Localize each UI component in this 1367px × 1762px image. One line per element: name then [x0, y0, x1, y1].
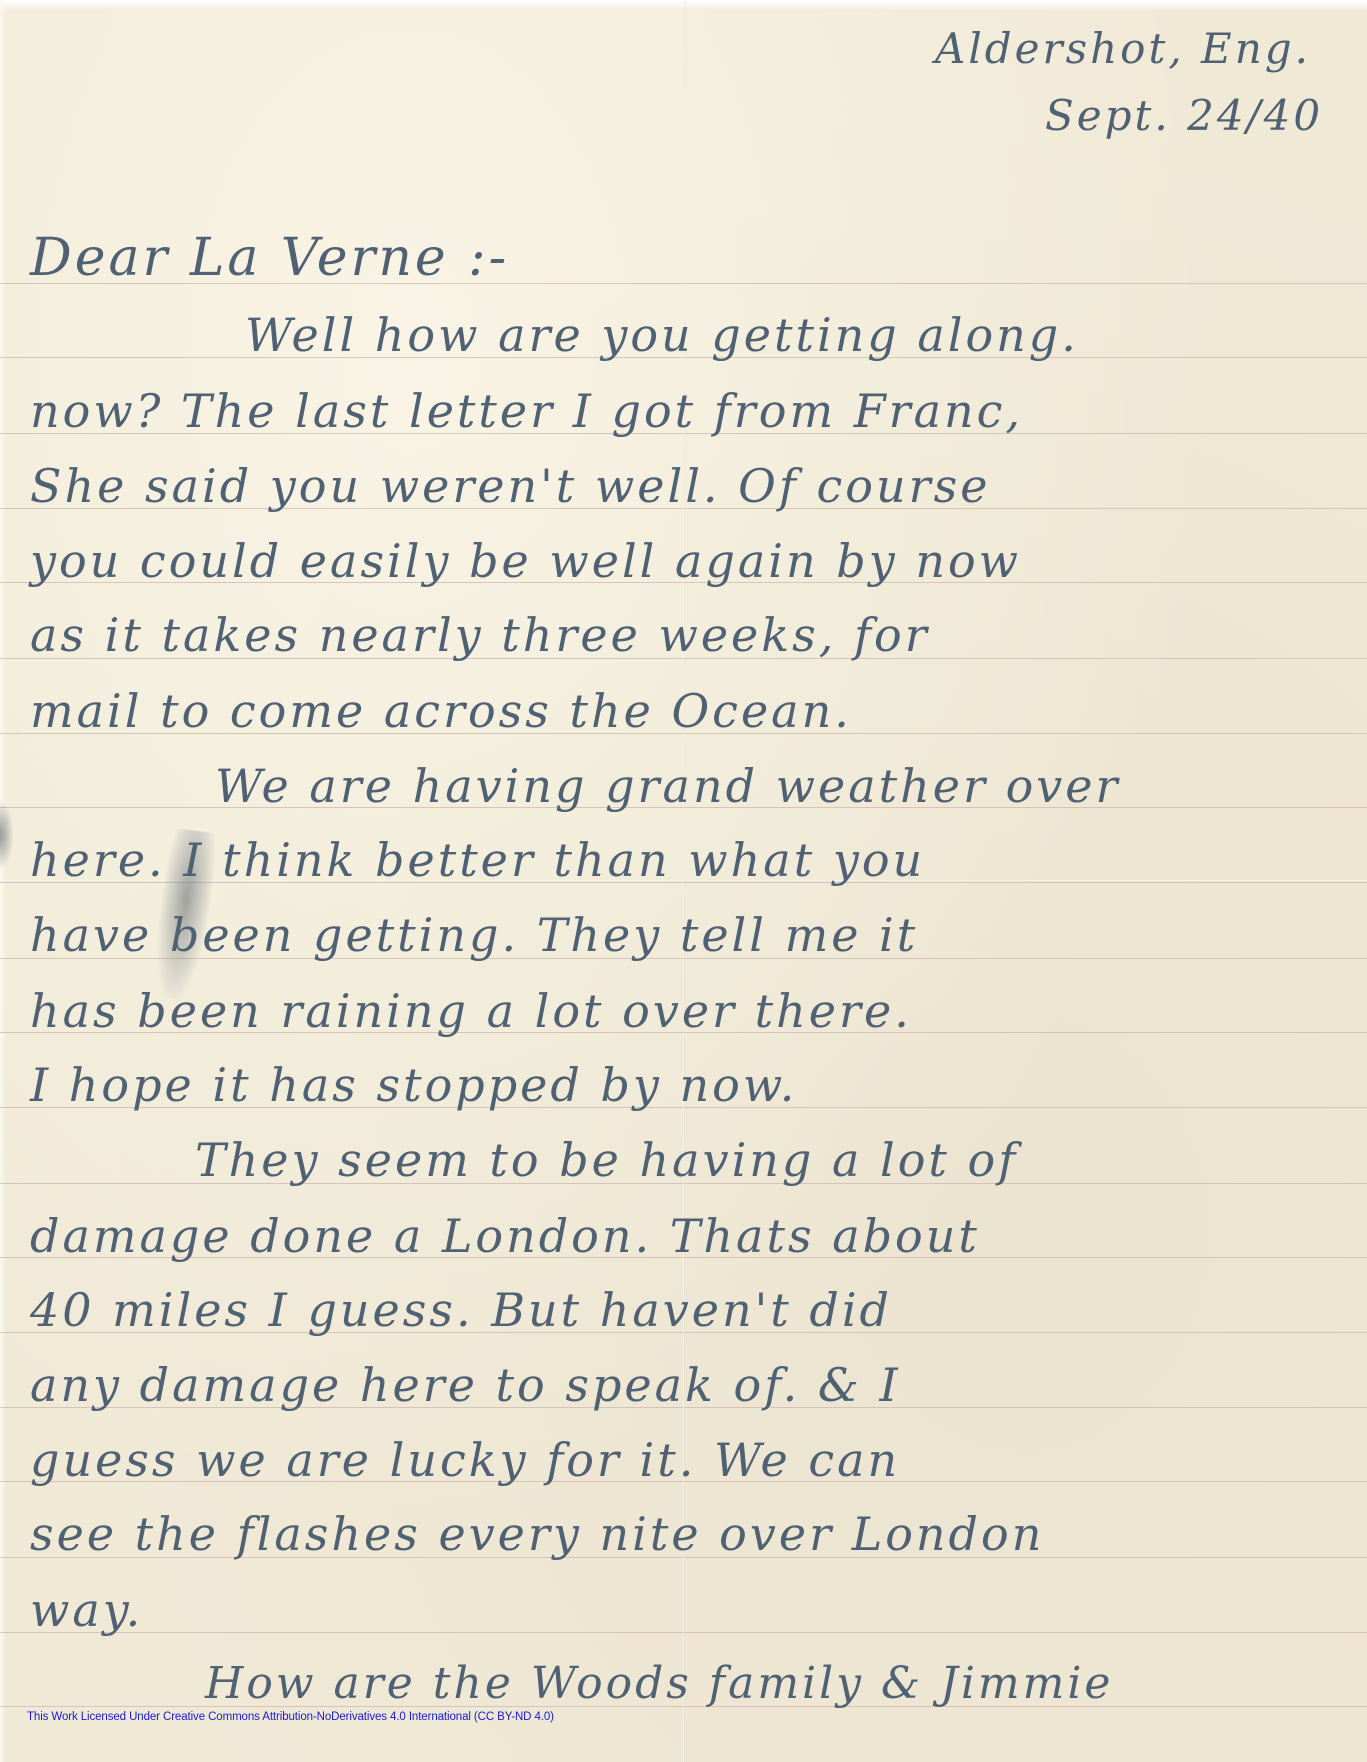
letter-line: We are having grand weather over: [215, 763, 1121, 809]
letter-line: see the flashes every nite over London: [30, 1511, 1044, 1557]
letter-line: you could easily be well again by now: [30, 538, 1021, 584]
letter-line: now? The last letter I got from Franc,: [30, 388, 1023, 434]
letter-line: Well how are you getting along.: [245, 312, 1079, 358]
letter-line: 40 miles I guess. But haven't did: [30, 1287, 892, 1333]
letter-place: Aldershot, Eng.: [935, 28, 1311, 70]
letter-line: guess we are lucky for it. We can: [30, 1437, 900, 1483]
license-watermark: This Work Licensed Under Creative Common…: [27, 1711, 554, 1723]
letter-line: mail to come across the Ocean.: [30, 688, 852, 734]
letter-line: have been getting. They tell me it: [30, 912, 918, 958]
letter-line: way.: [30, 1587, 143, 1633]
letter-page: Aldershot, Eng. Sept. 24/40 Dear La Vern…: [0, 0, 1367, 1762]
letter-line: I hope it has stopped by now.: [30, 1062, 797, 1108]
letter-line: as it takes nearly three weeks, for: [30, 612, 930, 658]
letter-line: here. I think better than what you: [30, 837, 925, 883]
letter-line: any damage here to speak of. & I: [30, 1362, 901, 1408]
letter-line: damage done a London. Thats about: [30, 1213, 980, 1259]
letter-line: She said you weren't well. Of course: [30, 463, 990, 509]
letter-line: They seem to be having a lot of: [195, 1137, 1018, 1183]
letter-salutation: Dear La Verne :-: [30, 232, 509, 284]
letter-line: How are the Woods family & Jimmie: [205, 1662, 1113, 1706]
edge-stain: [0, 800, 14, 870]
letter-line: has been raining a lot over there.: [30, 988, 912, 1034]
letter-date: Sept. 24/40: [1045, 95, 1323, 137]
